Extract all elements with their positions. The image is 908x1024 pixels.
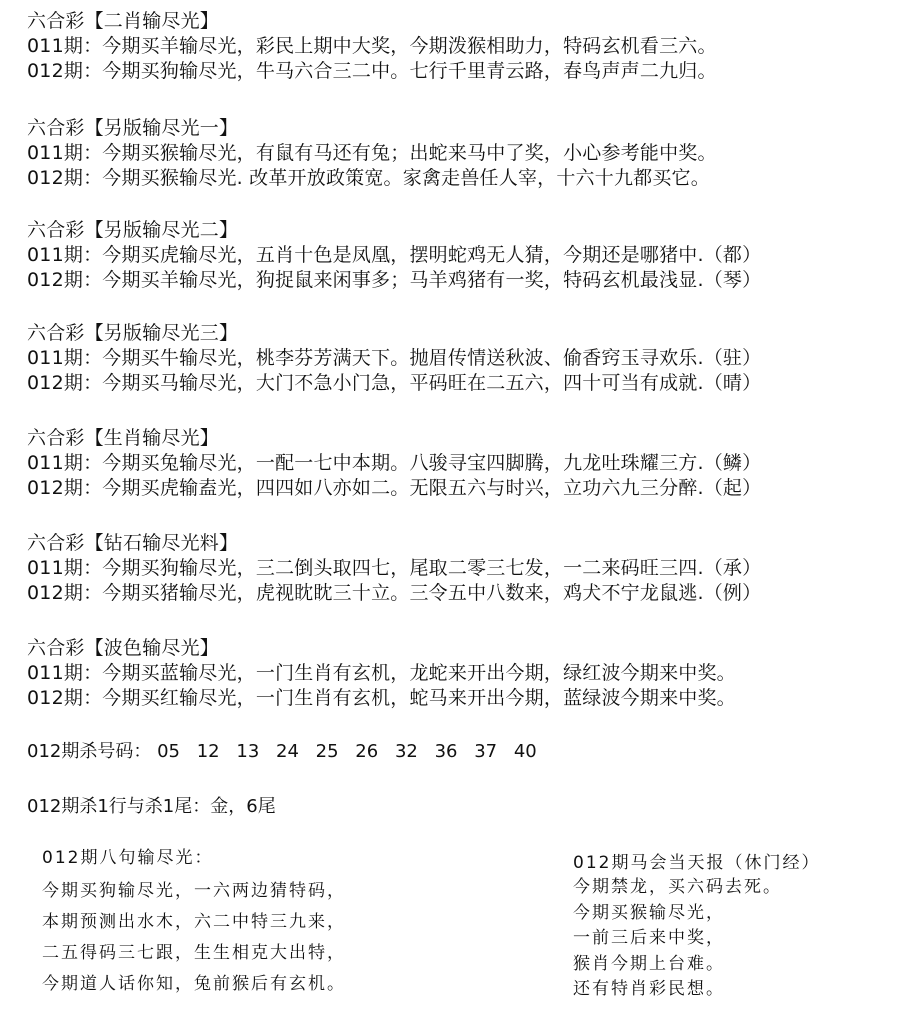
prediction-line: 011期：今期买蓝输尽光，一门生肖有玄机，龙蛇来开出今期，绿红波今期来中奖。 (27, 661, 907, 686)
prediction-text: 今期买虎输盍光，四四如八亦如二。无限五六与时兴，立功六九三分醉.（起） (102, 477, 761, 499)
prediction-line: 012期：今期买虎输盍光，四四如八亦如二。无限五六与时兴，立功六九三分醉.（起） (27, 476, 907, 501)
prediction-line: 012期：今期买羊输尽光，狗捉鼠来闲事多；马羊鸡猪有一奖，特码玄机最浅显.（琴） (27, 268, 907, 293)
kill-number: 32 (395, 741, 418, 762)
kill-number: 05 (157, 741, 180, 762)
kill-number: 40 (514, 741, 537, 762)
period-label: 011期： (27, 243, 102, 268)
section-title: 六合彩【另版输尽光一】 (27, 116, 907, 141)
kill-number: 25 (316, 741, 339, 762)
poem-title: 012期马会当天报（休门经） (573, 851, 820, 875)
period-label: 012期： (27, 476, 102, 501)
poem-title: 012期八句输尽光： (42, 846, 346, 870)
prediction-text: 今期买羊输尽光，狗捉鼠来闲事多；马羊鸡猪有一奖，特码玄机最浅显.（琴） (102, 269, 761, 291)
kill-number: 13 (236, 741, 259, 762)
poem-line: 今期买狗输尽光，一六两边猜特码， (42, 876, 346, 907)
poem-line: 今期禁龙，买六码去死。 (573, 875, 820, 901)
period-label: 012期： (27, 686, 102, 711)
kill-numbers-line: 012期杀号码： 05 12 13 24 25 26 32 36 37 40 (27, 740, 548, 764)
section-ling-ban-2: 六合彩【另版输尽光二】 011期：今期买虎输尽光，五肖十色是凤凰，摆明蛇鸡无人猜… (27, 218, 907, 293)
period-label: 011期： (27, 451, 102, 476)
section-zuan-shi: 六合彩【钻石输尽光料】 011期：今期买狗输尽光，三二倒头取四七，尾取二零三七发… (27, 531, 907, 606)
poem-line: 本期预测出水木，六二中特三九来， (42, 907, 346, 938)
prediction-line: 012期：今期买猴输尽光. 改革开放政策宽。家禽走兽任人宰，十六十九都买它。 (27, 166, 907, 191)
period-label: 011期： (27, 556, 102, 581)
section-title: 六合彩【另版输尽光二】 (27, 218, 907, 243)
prediction-text: 今期买猴输尽光. 改革开放政策宽。家禽走兽任人宰，十六十九都买它。 (102, 167, 710, 189)
prediction-line: 012期：今期买猪输尽光，虎视眈眈三十立。三令五中八数来，鸡犬不宁龙鼠逃.（例） (27, 581, 907, 606)
section-title: 六合彩【钻石输尽光料】 (27, 531, 907, 556)
kill-number: 26 (355, 741, 378, 762)
prediction-line: 011期：今期买猴输尽光，有鼠有马还有兔；出蛇来马中了奖，小心参考能中奖。 (27, 141, 907, 166)
period-label: 012期： (27, 59, 102, 84)
prediction-text: 今期买猪输尽光，虎视眈眈三十立。三令五中八数来，鸡犬不宁龙鼠逃.（例） (102, 582, 761, 604)
prediction-line: 011期：今期买牛输尽光，桃李芬芳满天下。抛眉传情送秋波、偷香窍玉寻欢乐.（驻） (27, 346, 907, 371)
section-er-xiao: 六合彩【二肖输尽光】 011期：今期买羊输尽光，彩民上期中大奖，今期泼猴相助力，… (27, 9, 907, 84)
prediction-line: 012期：今期买马输尽光，大门不急小门急，平码旺在二五六，四十可当有成就.（晴） (27, 371, 907, 396)
period-label: 012期： (27, 371, 102, 396)
prediction-line: 012期：今期买狗输尽光，牛马六合三二中。七行千里青云路，春鸟声声二九归。 (27, 59, 907, 84)
poem-line: 二五得码三七跟，生生相克大出特， (42, 938, 346, 969)
section-title: 六合彩【波色输尽光】 (27, 636, 907, 661)
prediction-text: 今期买蓝输尽光，一门生肖有玄机，龙蛇来开出今期，绿红波今期来中奖。 (102, 662, 736, 684)
section-sheng-xiao: 六合彩【生肖输尽光】 011期：今期买兔输尽光，一配一七中本期。八骏寻宝四脚腾，… (27, 426, 907, 501)
kill-number: 24 (276, 741, 299, 762)
prediction-line: 011期：今期买虎输尽光，五肖十色是凤凰，摆明蛇鸡无人猜，今期还是哪猪中.（都） (27, 243, 907, 268)
prediction-line: 011期：今期买兔输尽光，一配一七中本期。八骏寻宝四脚腾，九龙吐珠耀三方.（鳞） (27, 451, 907, 476)
period-label: 011期： (27, 661, 102, 686)
eight-line-poem: 012期八句输尽光： 今期买狗输尽光，一六两边猜特码， 本期预测出水木，六二中特… (42, 846, 346, 1000)
poem-line: 猴肖今期上台难。 (573, 952, 820, 978)
prediction-text: 今期买虎输尽光，五肖十色是凤凰，摆明蛇鸡无人猜，今期还是哪猪中.（都） (102, 244, 761, 266)
prediction-text: 今期买马输尽光，大门不急小门急，平码旺在二五六，四十可当有成就.（晴） (102, 372, 761, 394)
kill-number: 37 (474, 741, 497, 762)
period-label: 011期： (27, 34, 102, 59)
period-label: 012期： (27, 268, 102, 293)
section-ling-ban-3: 六合彩【另版输尽光三】 011期：今期买牛输尽光，桃李芬芳满天下。抛眉传情送秋波… (27, 321, 907, 396)
kill-numbers-list: 05 12 13 24 25 26 32 36 37 40 (157, 741, 548, 762)
poem-line: 今期道人话你知，兔前猴后有玄机。 (42, 969, 346, 1000)
poem-line: 还有特肖彩民想。 (573, 977, 820, 1003)
horse-club-report: 012期马会当天报（休门经） 今期禁龙，买六码去死。 今期买猴输尽光， 一前三后… (573, 851, 820, 1003)
prediction-text: 今期买兔输尽光，一配一七中本期。八骏寻宝四脚腾，九龙吐珠耀三方.（鳞） (102, 452, 761, 474)
prediction-text: 今期买羊输尽光，彩民上期中大奖，今期泼猴相助力，特码玄机看三六。 (102, 35, 716, 57)
kill-number: 36 (435, 741, 458, 762)
prediction-line: 011期：今期买狗输尽光，三二倒头取四七，尾取二零三七发，一二来码旺三四.（承） (27, 556, 907, 581)
kill-element-tail-value: 金，6尾 (210, 796, 275, 817)
prediction-text: 今期买猴输尽光，有鼠有马还有兔；出蛇来马中了奖，小心参考能中奖。 (102, 142, 716, 164)
poem-line: 一前三后来中奖， (573, 926, 820, 952)
section-title: 六合彩【生肖输尽光】 (27, 426, 907, 451)
period-label: 012期： (27, 581, 102, 606)
kill-number: 12 (197, 741, 220, 762)
prediction-line: 011期：今期买羊输尽光，彩民上期中大奖，今期泼猴相助力，特码玄机看三六。 (27, 34, 907, 59)
prediction-text: 今期买红输尽光，一门生肖有玄机，蛇马来开出今期，蓝绿波今期来中奖。 (102, 687, 736, 709)
kill-numbers-label: 012期杀号码： (27, 741, 151, 762)
prediction-text: 今期买牛输尽光，桃李芬芳满天下。抛眉传情送秋波、偷香窍玉寻欢乐.（驻） (102, 347, 761, 369)
period-label: 011期： (27, 141, 102, 166)
section-title: 六合彩【另版输尽光三】 (27, 321, 907, 346)
kill-element-tail-label: 012期杀1行与杀1尾： (27, 796, 210, 817)
poem-line: 今期买猴输尽光， (573, 901, 820, 927)
section-title: 六合彩【二肖输尽光】 (27, 9, 907, 34)
section-ling-ban-1: 六合彩【另版输尽光一】 011期：今期买猴输尽光，有鼠有马还有兔；出蛇来马中了奖… (27, 116, 907, 191)
period-label: 012期： (27, 166, 102, 191)
section-bo-se: 六合彩【波色输尽光】 011期：今期买蓝输尽光，一门生肖有玄机，龙蛇来开出今期，… (27, 636, 907, 711)
kill-element-tail-line: 012期杀1行与杀1尾：金，6尾 (27, 795, 276, 819)
prediction-text: 今期买狗输尽光，牛马六合三二中。七行千里青云路，春鸟声声二九归。 (102, 60, 716, 82)
prediction-line: 012期：今期买红输尽光，一门生肖有玄机，蛇马来开出今期，蓝绿波今期来中奖。 (27, 686, 907, 711)
prediction-text: 今期买狗输尽光，三二倒头取四七，尾取二零三七发，一二来码旺三四.（承） (102, 557, 761, 579)
period-label: 011期： (27, 346, 102, 371)
